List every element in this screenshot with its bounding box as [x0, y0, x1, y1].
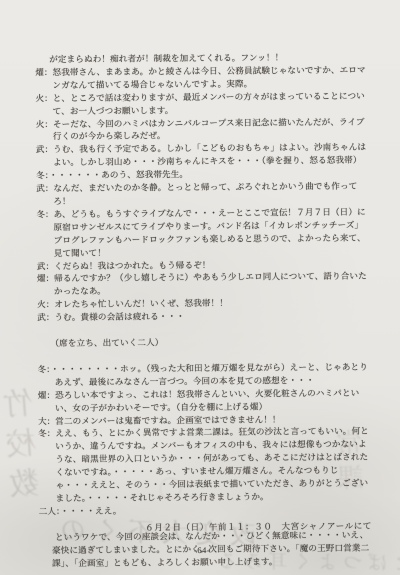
speaker-label: 燿： — [35, 67, 52, 77]
scanned-page: { "document": { "dialogue": [ {"speaker"… — [0, 0, 400, 575]
dialogue-line: 火：そーだな、今回のハミパはカンニバルコープス来日記念に描いたんだが、ライブ行く… — [36, 115, 369, 143]
dialogue-line: 武：うむ、我も行く予定である。しかし「こどものおもちゃ」はよい。沙南ちゃんはよい… — [36, 141, 369, 169]
dialogue-line: 冬：あ、どうも。もうすぐライブなんで・・・えーとここで宣伝！７月７日（日）に原宿… — [36, 206, 369, 260]
speaker-label: 冬： — [36, 209, 53, 219]
dialogue-line: 冬：・・・・・・・・ホッ。（残った大和田と燿万燿を見ながら）えーと、じゃあとりあ… — [38, 361, 371, 389]
speaker-label: 火： — [35, 93, 52, 103]
dialogue-line: 武：うむ。貴様の会話は疲れる・・・ — [37, 309, 370, 325]
speaker-label: 武： — [36, 183, 53, 193]
dialogue-line: 武：なんだ、まだいたのか冬静。とっとと帰って、ぷろぐれとかいう曲でも作ってろ！ — [36, 180, 369, 208]
speaker-label: 燿： — [38, 390, 55, 400]
speaker-label: 冬： — [38, 364, 51, 374]
speaker-label: 武： — [37, 261, 54, 271]
dialogue-line: 冬：ええ、もう、とにかく異常ですよ営業二課は。狂気の沙汰と言ってもいい。何という… — [38, 425, 372, 505]
speaker-label: 火： — [36, 119, 53, 129]
scan-area: 竹校数 常課 二〇 改変大不くの とばつよく耳みる が定まらぬわ！痴れ者が！制裁… — [0, 0, 400, 575]
speaker-label: 武： — [36, 144, 53, 154]
speaker-label: 二人： — [39, 506, 61, 516]
dialogue-line: 火：と、ところで話は変わりますが、最近メンバーの方々がはまっていることについて、… — [35, 89, 368, 117]
speaker-label: 冬： — [36, 170, 49, 180]
speaker-label: 燿： — [37, 274, 54, 284]
footer-date: ６月２日（日）午前１１：３０ 大宮シャノアールにて — [145, 520, 372, 534]
speaker-label: 武： — [37, 312, 54, 322]
dialogue-line: 二人：・・・・ええ。 — [39, 503, 372, 519]
speaker-label: 火： — [37, 299, 54, 309]
dialogue-list: が定まらぬわ！痴れ者が！制裁を加えてくれる。フンッ！！燿：怒我帯さん、まあまあ。… — [35, 51, 372, 570]
dialogue-line: 燿：恐ろしい本ですよっ、これは！怒我帯さんといい、火要化粧さんのハミパといい、女… — [38, 386, 371, 414]
speaker-label: 冬： — [38, 429, 55, 439]
dialogue-line: 燿：帰るんですか？（少し嬉しそうに）やあもう少しエロ同人について、語り合いたかっ… — [37, 270, 370, 298]
speaker-label: 大： — [38, 416, 55, 426]
stage-direction: （席を立ち、出ていく二人） — [37, 335, 370, 351]
dialogue-line: 燿：怒我帯さん、まあまあ。かと綾さんは今日、公務員試験じゃないですか、エロマンガ… — [35, 64, 368, 92]
